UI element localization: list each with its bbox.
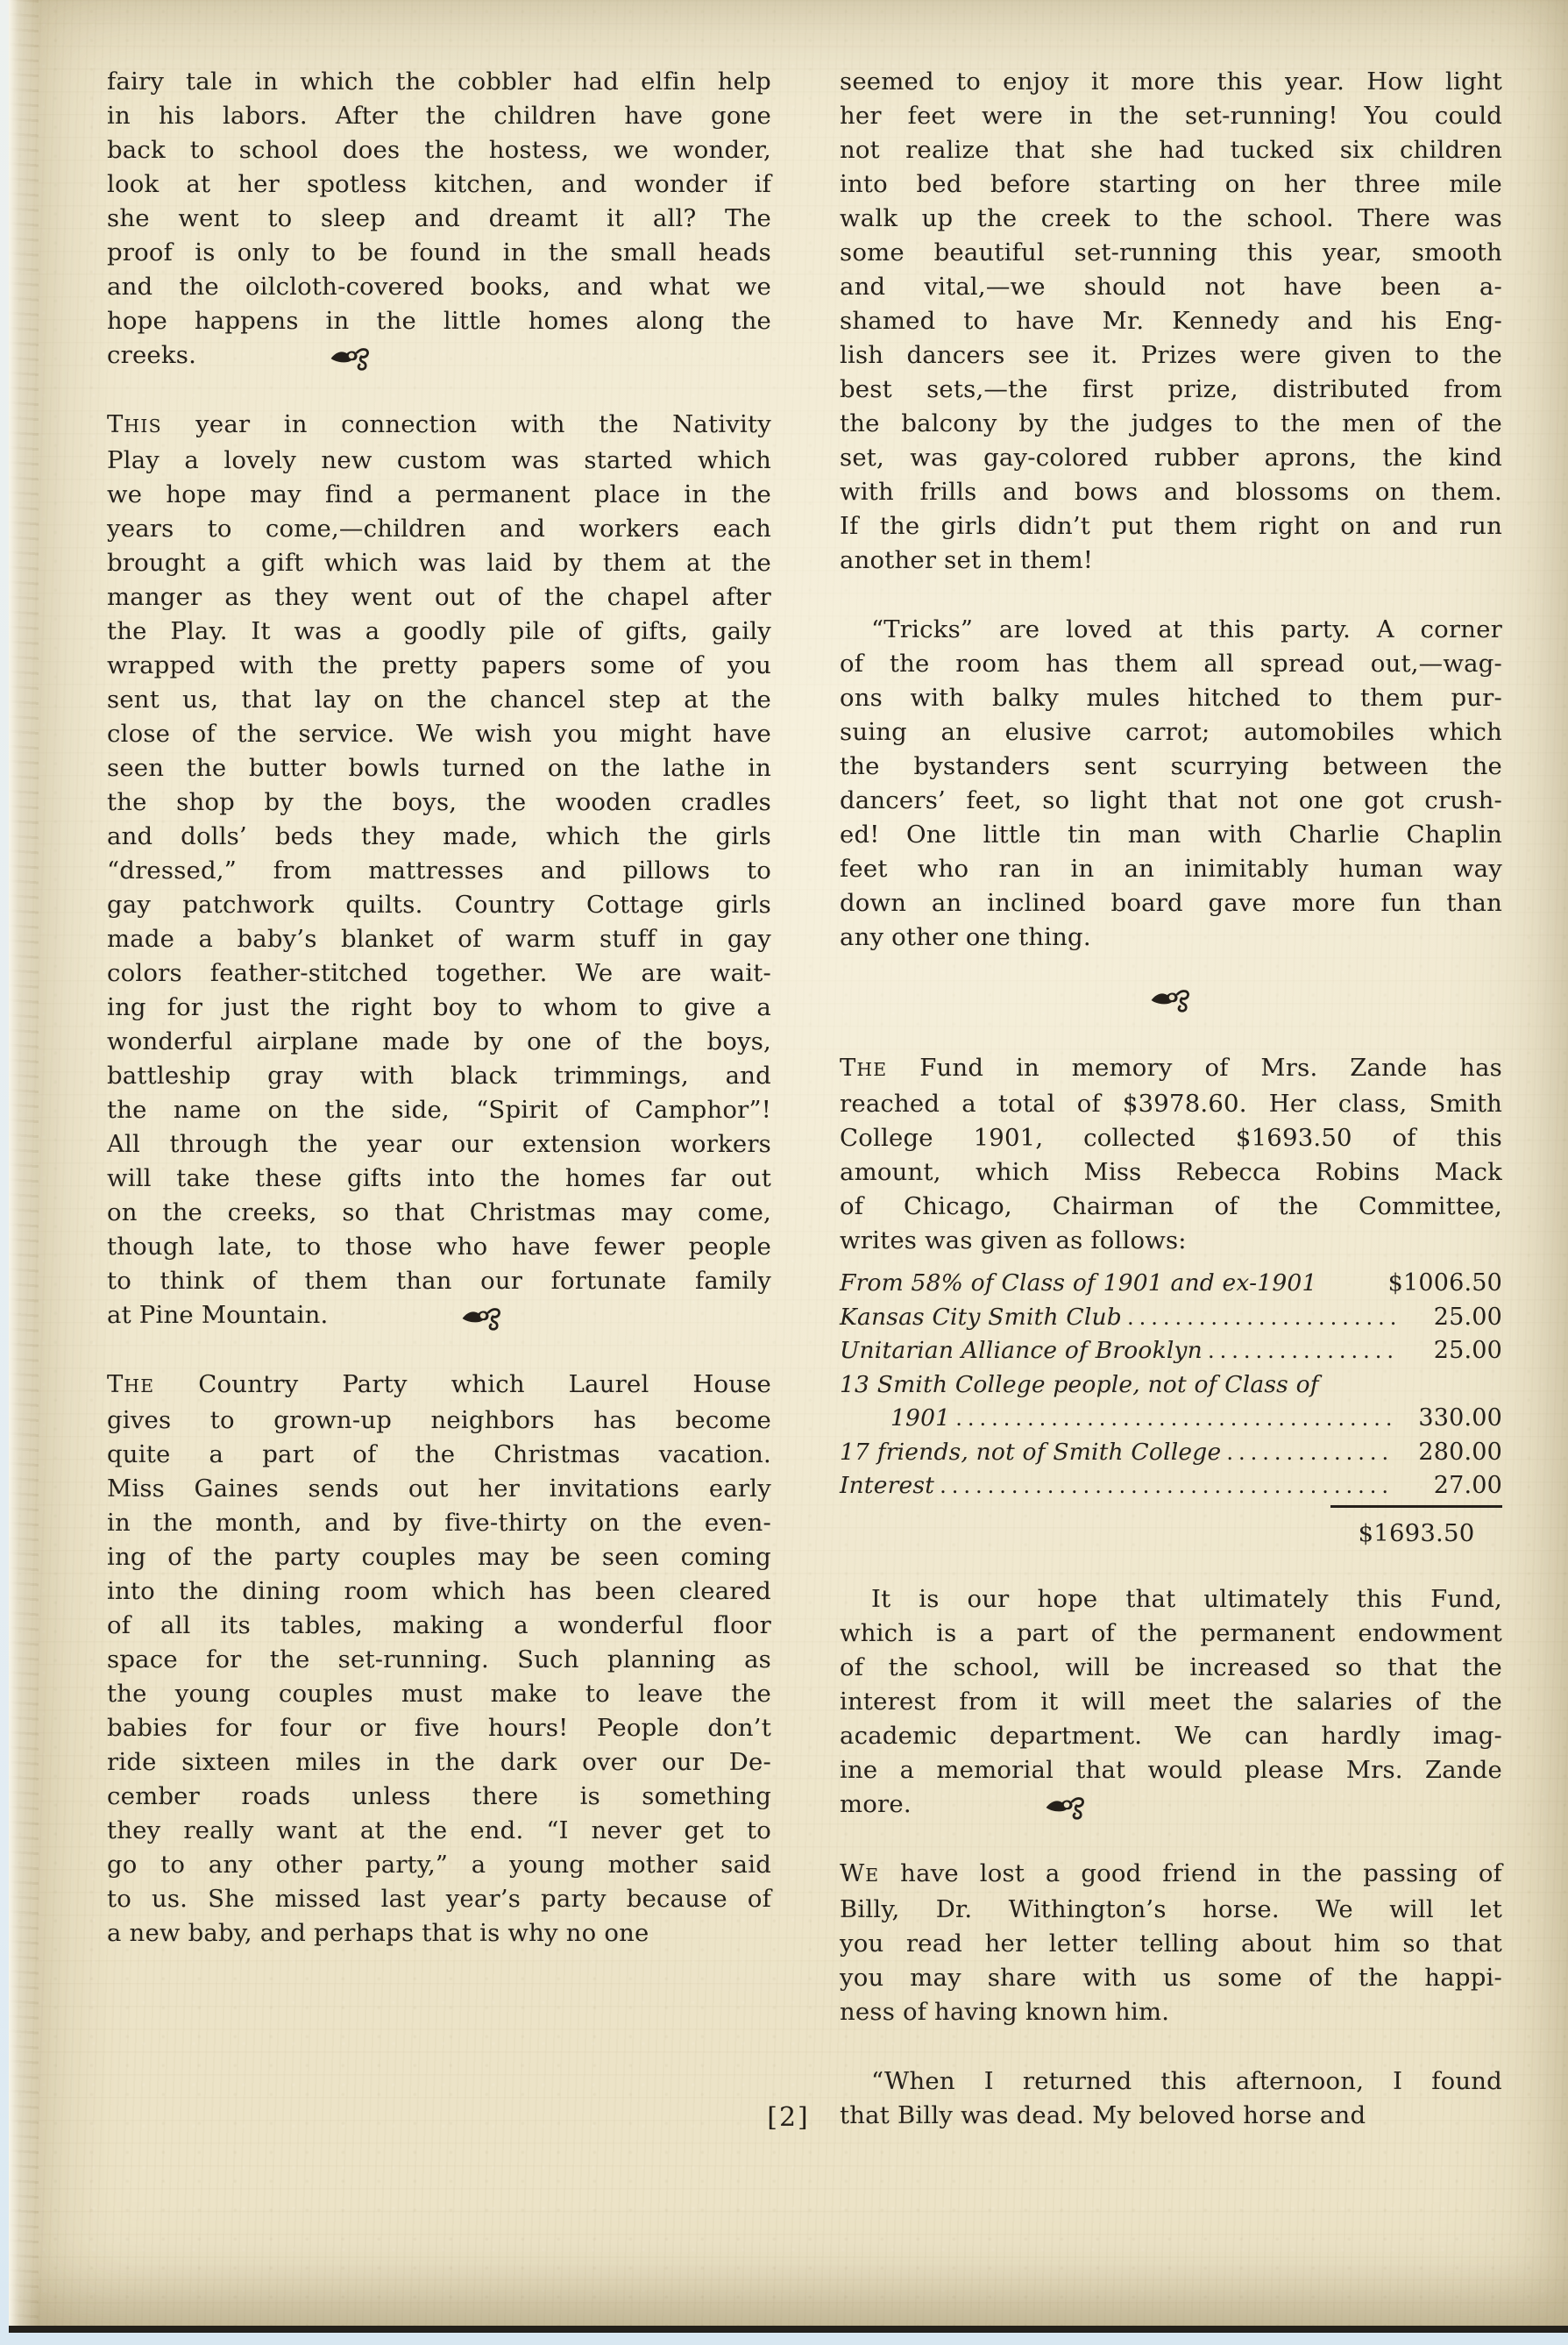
fund-row-amount: 25.00	[1395, 1334, 1502, 1368]
text-line: sent us, that lay on the chancel step at…	[107, 683, 771, 717]
text-line: a new baby, and perhaps that is why no o…	[107, 1916, 771, 1951]
paragraph: fairy tale in which the cobbler had elfi…	[107, 65, 771, 373]
fund-row: 17 friends, not of Smith College........…	[840, 1436, 1502, 1470]
text-line: colors feather-stitched together. We are…	[107, 956, 771, 991]
text-line: amount, which Miss Rebecca Robins Mack	[840, 1155, 1502, 1190]
text-line: gives to grown-up neighbors has become	[107, 1403, 771, 1438]
paragraph: seemed to enjoy it more this year. How l…	[840, 65, 1502, 578]
text-line: “Tricks” are loved at this party. A corn…	[840, 613, 1502, 647]
fund-row: Interest................................…	[840, 1469, 1502, 1503]
text-line: battleship gray with black trimmings, an…	[107, 1059, 771, 1093]
text-line: feet who ran in an inimitably human way	[840, 852, 1502, 886]
text-line: lish dancers see it. Prizes were given t…	[840, 338, 1502, 373]
text-line: down an inclined board gave more fun tha…	[840, 886, 1502, 920]
text-line: some beautiful set-running this year, sm…	[840, 236, 1502, 270]
section-divider	[840, 986, 1502, 1018]
text-line: and vital,—we should not have been a-	[840, 270, 1502, 304]
text-line: of all its tables, making a wonderful fl…	[107, 1609, 771, 1643]
text-line: Play a lovely new custom was started whi…	[107, 444, 771, 478]
fund-row: 13 Smith College people, not of Class of	[840, 1368, 1502, 1403]
leader-dots: ........................................…	[950, 1402, 1395, 1436]
fund-row-amount: 330.00	[1395, 1402, 1502, 1436]
text-line: ing of the party couples may be seen com…	[107, 1540, 771, 1574]
text-line: ons with balky mules hitched to them pur…	[840, 681, 1502, 715]
text-line: in the month, and by five-thirty on the …	[107, 1506, 771, 1540]
fund-row: From 58% of Class of 1901 and ex-1901$10…	[840, 1267, 1502, 1301]
text-line: If the girls didn’t put them right on an…	[840, 509, 1502, 544]
text-line: hope happens in the little homes along t…	[107, 304, 771, 338]
text-line: set, was gay-colored rubber aprons, the …	[840, 441, 1502, 475]
text-line: you may share with us some of the happi-	[840, 1961, 1502, 1995]
leader-dots: ........................................…	[1221, 1436, 1395, 1470]
leader-dots: ........................................…	[934, 1469, 1395, 1503]
text-line: of the room has them all spread out,—wag…	[840, 647, 1502, 681]
lead-smallcaps: he	[124, 1375, 154, 1396]
text-line: another set in them!	[840, 544, 1502, 578]
text-line: in his labors. After the children have g…	[107, 99, 771, 133]
text-line: academic department. We can hardly imag-	[840, 1719, 1502, 1753]
text-line: cember roads unless there is something	[107, 1780, 771, 1814]
lead-smallcaps: he	[856, 1059, 887, 1080]
text-line: into bed before starting on her three mi…	[840, 167, 1502, 202]
text-line: to us. She missed last year’s party beca…	[107, 1882, 771, 1916]
leader-dots: ........................................…	[1122, 1301, 1395, 1335]
text-line: close of the service. We wish you might …	[107, 717, 771, 751]
fund-total-amount: $1693.50	[1330, 1505, 1502, 1551]
text-line: babies for four or five hours! People do…	[107, 1711, 771, 1745]
text-line: wrapped with the pretty papers some of y…	[107, 649, 771, 683]
text-line: proof is only to be found in the small h…	[107, 236, 771, 270]
text-line: and the oilcloth-covered books, and what…	[107, 270, 771, 304]
text-line: wonderful airplane made by one of the bo…	[107, 1025, 771, 1059]
text-line: shamed to have Mr. Kennedy and his Eng-	[840, 304, 1502, 338]
page-paper: fairy tale in which the cobbler had elfi…	[9, 0, 1568, 2333]
text-line: Billy, Dr. Withington’s horse. We will l…	[840, 1893, 1502, 1927]
page-number-label: [2]	[767, 2102, 810, 2133]
text-line: Miss Gaines sends out her invitations ea…	[107, 1472, 771, 1506]
fund-table: From 58% of Class of 1901 and ex-1901$10…	[840, 1267, 1502, 1551]
fund-row-amount: 27.00	[1395, 1469, 1502, 1503]
text-line: though late, to those who have fewer peo…	[107, 1230, 771, 1264]
text-line: her feet were in the set-running! You co…	[840, 99, 1502, 133]
text-line: which is a part of the permanent endowme…	[840, 1617, 1502, 1651]
text-line: you read her letter telling about him so…	[840, 1927, 1502, 1961]
fund-row-label: Interest	[840, 1469, 934, 1503]
page-number: [2]	[9, 2102, 1568, 2133]
lead-capital: T	[107, 1370, 124, 1398]
fund-row-label: 17 friends, not of Smith College	[840, 1436, 1221, 1470]
fund-row-label: From 58% of Class of 1901 and ex-1901	[840, 1267, 1317, 1301]
right-column: seemed to enjoy it more this year. How l…	[840, 65, 1502, 2168]
text-line: This year in connection with the Nativit…	[107, 408, 771, 444]
text-line: back to school does the hostess, we wond…	[107, 133, 771, 167]
text-line: and dolls’ beds they made, which the gir…	[107, 820, 771, 854]
text-line: All through the year our extension worke…	[107, 1127, 771, 1162]
fleuron-ornament-icon	[1043, 1794, 1089, 1822]
text-line: she went to sleep and dreamt it all? The	[107, 202, 771, 236]
text-line: seen the butter bowls turned on the lath…	[107, 751, 771, 785]
text-line: ing for just the right boy to whom to gi…	[107, 991, 771, 1025]
fund-row-label: Unitarian Alliance of Brooklyn	[840, 1334, 1203, 1368]
text-line: not realize that she had tucked six chil…	[840, 133, 1502, 167]
text-line: reached a total of $3978.60. Her class, …	[840, 1087, 1502, 1121]
fund-row-amount: 25.00	[1395, 1301, 1502, 1335]
text-line: quite a part of the Christmas vacation.	[107, 1438, 771, 1472]
text-line: The Fund in memory of Mrs. Zande has	[840, 1051, 1502, 1087]
text-line: into the dining room which has been clea…	[107, 1574, 771, 1609]
text-line: writes was given as follows:	[840, 1224, 1502, 1258]
text-line: the young couples must make to leave the	[107, 1677, 771, 1711]
text-line: will take these gifts into the homes far…	[107, 1162, 771, 1196]
fund-row-label: Kansas City Smith Club	[840, 1301, 1122, 1335]
text-line: the bystanders sent scurrying between th…	[840, 750, 1502, 784]
paragraph: “Tricks” are loved at this party. A corn…	[840, 613, 1502, 955]
paragraph: The Country Party which Laurel Housegive…	[107, 1368, 771, 1951]
text-line: ride sixteen miles in the dark over our …	[107, 1745, 771, 1780]
fund-row-label: 1901	[840, 1402, 950, 1436]
text-line: the shop by the boys, the wooden cradles	[107, 785, 771, 820]
text-line: made a baby’s blanket of warm stuff in g…	[107, 922, 771, 956]
text-line: We have lost a good friend in the passin…	[840, 1857, 1502, 1893]
paragraph: The Fund in memory of Mrs. Zande hasreac…	[840, 1051, 1502, 1258]
text-line: creeks.	[107, 338, 771, 373]
text-line: gay patchwork quilts. Country Cottage gi…	[107, 888, 771, 922]
paragraph: We have lost a good friend in the passin…	[840, 1857, 1502, 2029]
text-line: they really want at the end. “I never ge…	[107, 1814, 771, 1848]
text-line: with frills and bows and blossoms on the…	[840, 475, 1502, 509]
text-line: we hope may find a permanent place in th…	[107, 478, 771, 512]
text-line: years to come,—children and workers each	[107, 512, 771, 546]
left-column: fairy tale in which the cobbler had elfi…	[107, 65, 771, 1986]
fund-row-amount: $1006.50	[1388, 1267, 1502, 1301]
text-line: the balcony by the judges to the men of …	[840, 407, 1502, 441]
text-line: brought a gift which was laid by them at…	[107, 546, 771, 580]
text-line: ine a memorial that would please Mrs. Za…	[840, 1753, 1502, 1787]
fund-row: Kansas City Smith Club..................…	[840, 1301, 1502, 1335]
text-line: at Pine Mountain.	[107, 1298, 771, 1332]
fleuron-ornament-icon	[328, 345, 373, 373]
text-line: more.	[840, 1787, 1502, 1822]
text-line: on the creeks, so that Christmas may com…	[107, 1196, 771, 1230]
text-line: The Country Party which Laurel House	[107, 1368, 771, 1403]
text-line: go to any other party,” a young mother s…	[107, 1848, 771, 1882]
fleuron-ornament-icon	[459, 1304, 505, 1332]
text-line: any other one thing.	[840, 920, 1502, 955]
lead-smallcaps: e	[865, 1865, 879, 1886]
text-line: the Play. It was a goodly pile of gifts,…	[107, 615, 771, 649]
text-line: ed! One little tin man with Charlie Chap…	[840, 818, 1502, 852]
text-line: “dressed,” from mattresses and pillows t…	[107, 854, 771, 888]
text-line: look at her spotless kitchen, and wonder…	[107, 167, 771, 202]
text-line: dancers’ feet, so light that not one got…	[840, 784, 1502, 818]
text-line: manger as they went out of the chapel af…	[107, 580, 771, 615]
text-line: best sets,—the first prize, distributed …	[840, 373, 1502, 407]
text-line: of the school, will be increased so that…	[840, 1651, 1502, 1685]
paragraph: It is our hope that ultimately this Fund…	[840, 1582, 1502, 1822]
text-line: “When I returned this afternoon, I found	[840, 2064, 1502, 2099]
fleuron-ornament-icon	[1148, 986, 1194, 1014]
text-line: space for the set-running. Such planning…	[107, 1643, 771, 1677]
fund-row-label: 13 Smith College people, not of Class of	[840, 1368, 1319, 1403]
text-line: walk up the creek to the school. There w…	[840, 202, 1502, 236]
fund-row: 1901....................................…	[840, 1402, 1502, 1436]
fund-row-amount: 280.00	[1395, 1436, 1502, 1470]
text-line: It is our hope that ultimately this Fund…	[840, 1582, 1502, 1617]
text-line: suing an elusive carrot; automobiles whi…	[840, 715, 1502, 750]
lead-capital: T	[107, 410, 124, 438]
text-line: interest from it will meet the salaries …	[840, 1685, 1502, 1719]
text-line: ness of having known him.	[840, 1995, 1502, 2029]
paragraph: This year in connection with the Nativit…	[107, 408, 771, 1332]
text-line: to think of them than our fortunate fami…	[107, 1264, 771, 1298]
text-line: of Chicago, Chairman of the Committee,	[840, 1190, 1502, 1224]
lead-capital: W	[840, 1859, 865, 1887]
leader-dots: ........................................…	[1203, 1334, 1395, 1368]
text-line: College 1901, collected $1693.50 of this	[840, 1121, 1502, 1155]
text-line: seemed to enjoy it more this year. How l…	[840, 65, 1502, 99]
text-line: the name on the side, “Spirit of Camphor…	[107, 1093, 771, 1127]
lead-capital: T	[840, 1054, 856, 1082]
text-line: fairy tale in which the cobbler had elfi…	[107, 65, 771, 99]
lead-smallcaps: his	[124, 416, 161, 437]
fund-row: Unitarian Alliance of Brooklyn..........…	[840, 1334, 1502, 1368]
